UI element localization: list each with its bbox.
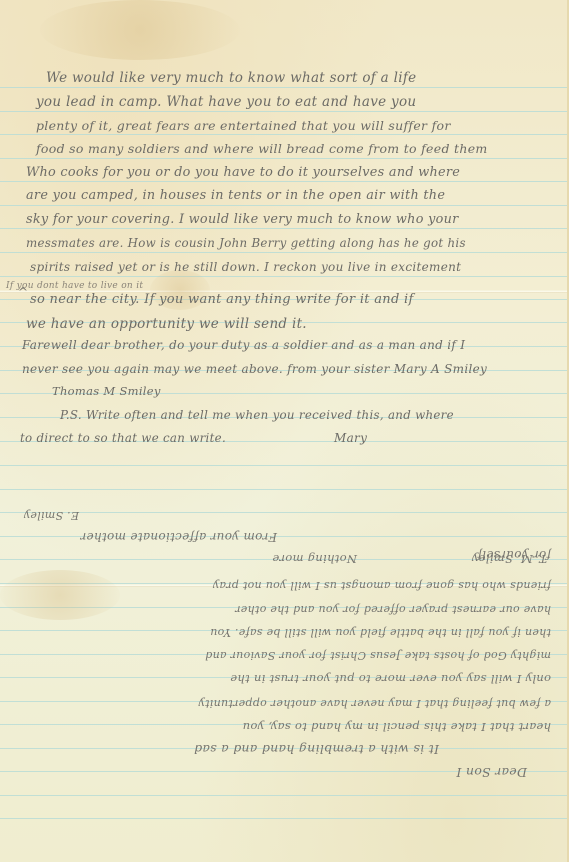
letter-line: spirits raised yet or is he still down. …: [30, 260, 461, 274]
letter-line: only I will say you ever more to put you…: [230, 672, 551, 686]
ruled-line: [0, 465, 567, 466]
ruled-line: [0, 228, 567, 229]
letter-line: you lead in camp. What have you to eat a…: [36, 94, 416, 110]
letter-line: never see you again may we meet above. f…: [22, 362, 487, 376]
addressee: Thomas M Smiley: [52, 384, 161, 398]
letter-line: Nothing more: [272, 552, 357, 566]
closing-line: From your affectionate mother: [80, 530, 277, 544]
postscript-line: to direct to so that we can write.: [20, 431, 226, 445]
letter-line: a few but feeling that I may never have …: [198, 697, 551, 710]
letter-line: have our earnest prayer offered for you …: [235, 603, 551, 616]
ruled-line: [0, 205, 567, 206]
ruled-line: [0, 181, 567, 182]
letter-line: We would like very much to know what sor…: [46, 70, 416, 86]
letter-line: so near the city. If you want any thing …: [30, 292, 414, 307]
letter-line: plenty of it, great fears are entertaine…: [36, 118, 451, 133]
letter-line: then if you fall in the battle field you…: [210, 626, 551, 639]
letter-line: for yourself: [477, 548, 551, 562]
letter-line: Dear Son I: [456, 765, 527, 780]
letter-line: we have an opportunity we will send it.: [26, 316, 307, 332]
paper-stain: [40, 0, 240, 60]
letter-page: We would like very much to know what sor…: [0, 0, 569, 862]
postscript-line: P.S. Write often and tell me when you re…: [60, 408, 454, 422]
letter-line: are you camped, in houses in tents or in…: [26, 188, 445, 203]
ruled-line: [0, 276, 567, 277]
signature: E. Smiley: [24, 509, 79, 522]
ruled-line: [0, 489, 567, 490]
letter-line: friends who has gone from amongst us I w…: [213, 579, 551, 592]
letter-line: It is with a trembling hand and a sad: [194, 742, 439, 757]
ps-signature: Mary: [334, 431, 367, 445]
ruled-line: [0, 158, 567, 159]
ruled-line: [0, 134, 567, 135]
letter-line: Who cooks for you or do you have to do i…: [26, 165, 460, 180]
letter-line: Farewell dear brother, do your duty as a…: [22, 338, 465, 352]
letter-line: mighty God of hosts take Jesus Christ fo…: [205, 649, 551, 662]
ruled-line: [0, 252, 567, 253]
letter-line: heart that I take this pencil in my hand…: [242, 720, 551, 734]
letter-line: messmates are. How is cousin John Berry …: [26, 236, 466, 250]
ruled-line: [0, 111, 567, 112]
letter-line: food so many soldiers and where will bre…: [36, 141, 488, 156]
ruled-line: [0, 87, 567, 88]
inverted-letter: T. M. Smiley Dear Son I It is with a tre…: [0, 505, 567, 862]
letter-line: sky for your covering. I would like very…: [26, 212, 459, 227]
